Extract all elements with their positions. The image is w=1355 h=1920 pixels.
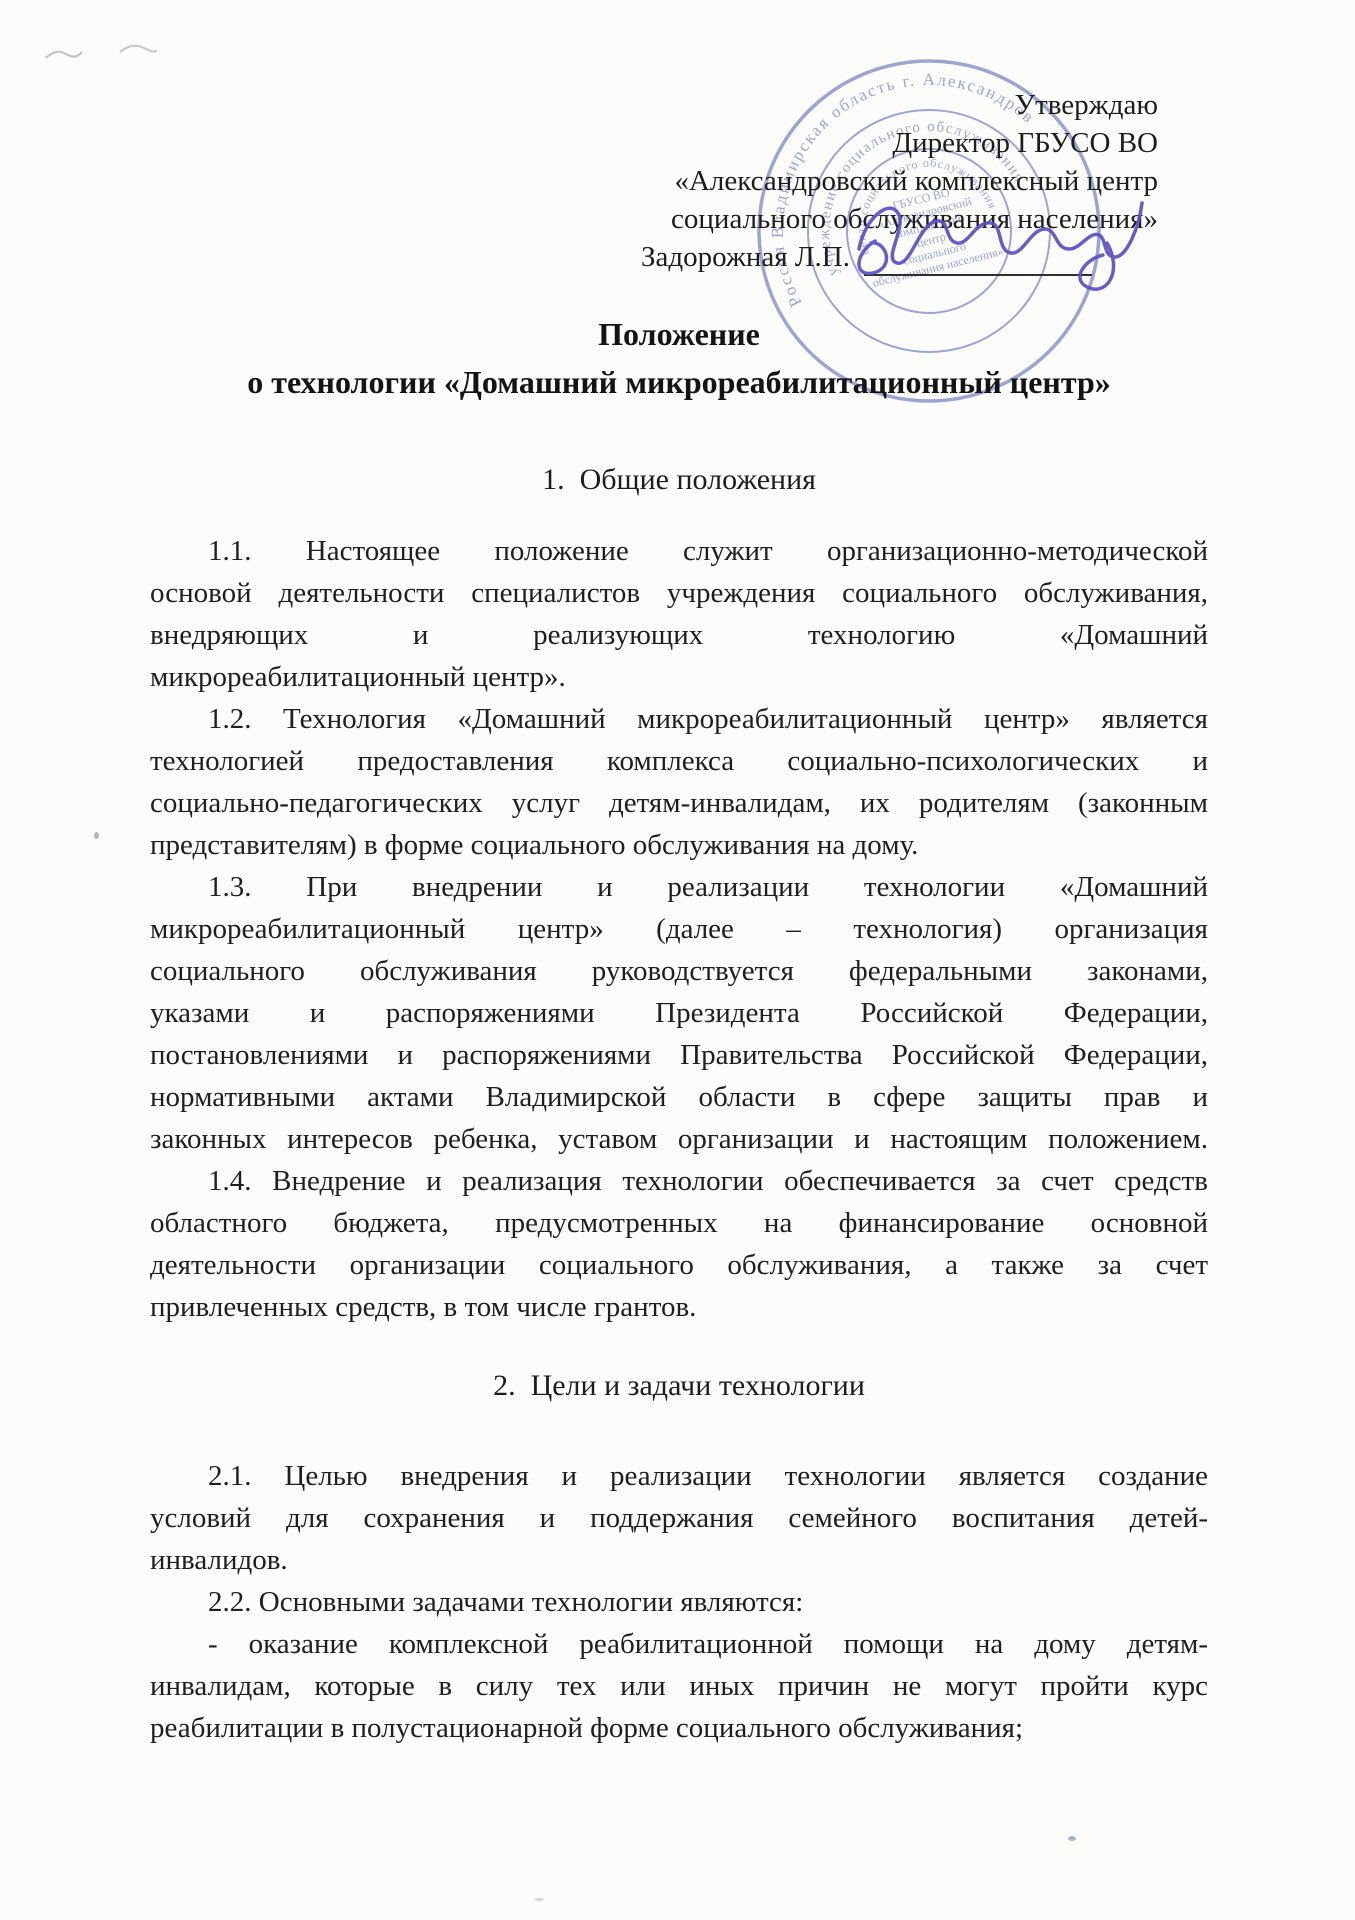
signature-stroke-tail (1080, 243, 1114, 289)
paragraph-1-2: 1.2. Технология «Домашний микрореабилита… (150, 698, 1208, 866)
paragraph-line: технологией предоставления комплекса соц… (150, 740, 1208, 782)
title-line-2: о технологии «Домашний микрореабилитацио… (150, 358, 1208, 406)
paragraph-1-1: 1.1. Настоящее положение служит организа… (150, 530, 1208, 698)
paragraph-line: деятельности организации социального обс… (150, 1244, 1208, 1286)
section-2-heading: 2. Цели и задачи технологии (150, 1365, 1208, 1407)
paragraph-line: реабилитации в полустационарной форме со… (150, 1707, 1208, 1749)
paragraph-line: 1.2. Технология «Домашний микрореабилита… (150, 698, 1208, 740)
document-title: Положение о технологии «Домашний микроре… (150, 310, 1208, 406)
paragraph-line: законных интересов ребенка, уставом орга… (150, 1118, 1208, 1160)
paragraph-line: внедряющих и реализующих технологию «Дом… (150, 614, 1208, 656)
paragraph-line: 2.2. Основными задачами технологии являю… (150, 1581, 1208, 1623)
scanned-document-page: Россия Владимирская область г. Александр… (0, 0, 1355, 1920)
paragraph-line: представителям) в форме социального обсл… (150, 824, 1208, 866)
signature-stroke-loop (859, 241, 887, 273)
paragraph-line: указами и распоряжениями Президента Росс… (150, 992, 1208, 1034)
paragraph-line: социального обслуживания руководствуется… (150, 950, 1208, 992)
scan-speck (534, 1898, 544, 1901)
title-line-1: Положение (150, 310, 1208, 358)
paragraph-line: постановлениями и распоряжениями Правите… (150, 1034, 1208, 1076)
handwritten-signature (845, 183, 1145, 308)
section-1-heading: 1. Общие положения (150, 459, 1208, 501)
paragraph-line: - оказание комплексной реабилитационной … (150, 1623, 1208, 1665)
approval-line: Утверждаю (598, 86, 1158, 124)
paragraph-line: инвалидам, которые в силу тех или иных п… (150, 1665, 1208, 1707)
paragraph-line: основой деятельности специалистов учрежд… (150, 572, 1208, 614)
signatory-name: Задорожная Л.П. (641, 238, 850, 276)
paragraph-line: инвалидов. (150, 1539, 1208, 1581)
paragraph-line: 1.3. При внедрении и реализации технолог… (150, 866, 1208, 908)
paragraph-line: 2.1. Целью внедрения и реализации технол… (150, 1455, 1208, 1497)
paragraph-line: привлеченных средств, в том числе гранто… (150, 1286, 1208, 1328)
paragraph-1-3: 1.3. При внедрении и реализации технолог… (150, 866, 1208, 1160)
paragraph-line: областного бюджета, предусмотренных на ф… (150, 1202, 1208, 1244)
approval-line: Директор ГБУСО ВО (598, 124, 1158, 162)
paragraph-1-4: 1.4. Внедрение и реализация технологии о… (150, 1160, 1208, 1328)
paragraph-2-2: 2.2. Основными задачами технологии являю… (150, 1581, 1208, 1623)
paragraph-line: микрореабилитационный центр» (далее – те… (150, 908, 1208, 950)
pencil-mark (118, 40, 158, 60)
paragraph-line: микрореабилитационный центр». (150, 656, 1208, 698)
scan-speck (1068, 1836, 1076, 1841)
paragraph-line: социально-педагогических услуг детям-инв… (150, 782, 1208, 824)
pencil-mark (44, 44, 84, 64)
paragraph-line: 1.4. Внедрение и реализация технологии о… (150, 1160, 1208, 1202)
scan-speck (94, 832, 99, 839)
paragraph-2-1: 2.1. Целью внедрения и реализации технол… (150, 1455, 1208, 1581)
paragraph-line: нормативными актами Владимирской области… (150, 1076, 1208, 1118)
paragraph-line: условий для сохранения и поддержания сем… (150, 1497, 1208, 1539)
task-list-item: - оказание комплексной реабилитационной … (150, 1623, 1208, 1749)
paragraph-line: 1.1. Настоящее положение служит организа… (150, 530, 1208, 572)
